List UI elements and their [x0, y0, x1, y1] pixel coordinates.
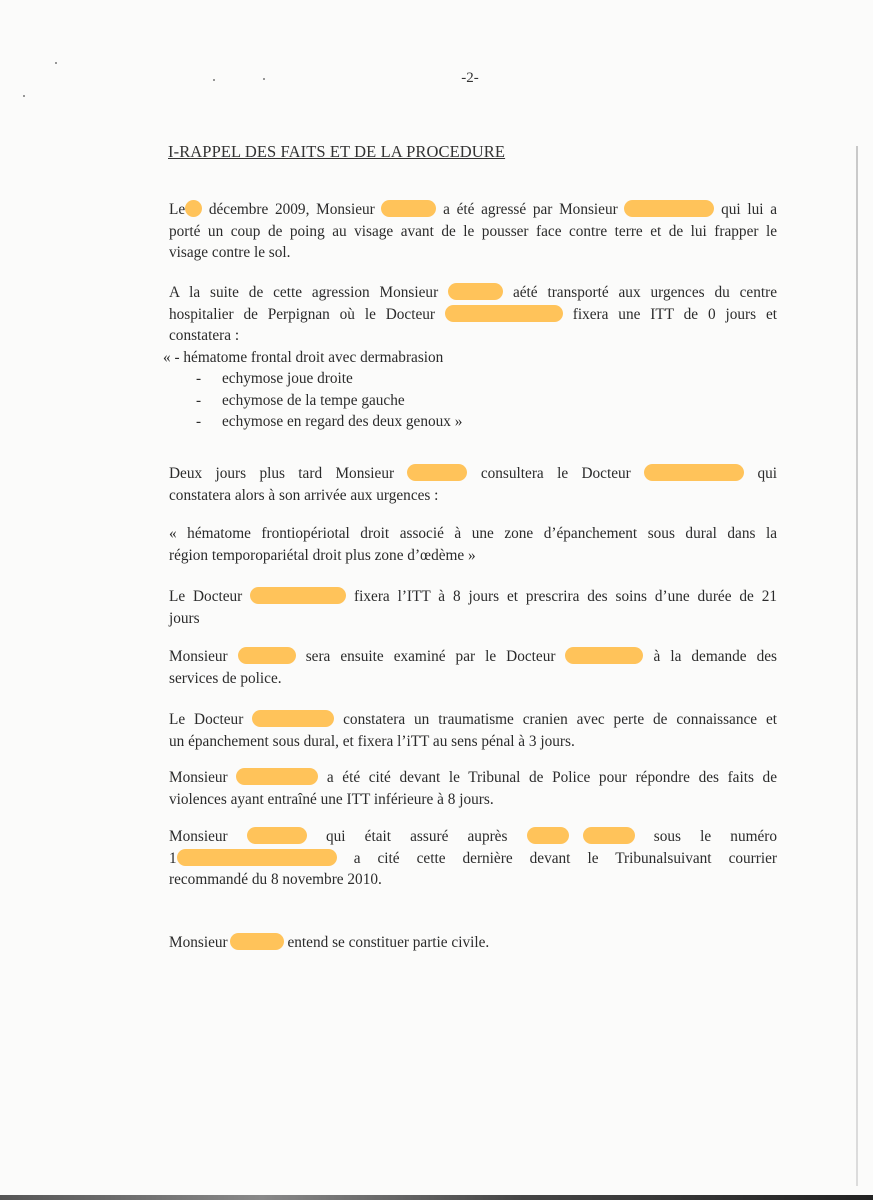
- page-edge-shadow: [856, 146, 858, 1186]
- text: fixera une ITT de 0 jours et: [573, 306, 777, 323]
- text: qui lui a: [721, 201, 777, 218]
- redaction-mark: [407, 464, 467, 481]
- text: région temporopariétal droit plus zone d…: [169, 545, 777, 567]
- text: « hématome frontiopériotal droit associé…: [169, 523, 777, 545]
- redaction-mark: [238, 647, 296, 664]
- paragraph-tribunal: Monsieur a été cité devant le Tribunal d…: [169, 767, 777, 810]
- redaction-mark: [583, 827, 635, 844]
- redaction-mark: [236, 768, 318, 785]
- text: constatera :: [169, 325, 777, 347]
- section-title: I-RAPPEL DES FAITS ET DE LA PROCEDURE: [168, 142, 505, 162]
- redaction-mark: [448, 283, 503, 300]
- scan-speck: [23, 95, 25, 97]
- paragraph-police-exam: Monsieur sera ensuite examiné par le Doc…: [169, 646, 777, 689]
- text: A la suite de cette agression Monsieur: [169, 284, 438, 301]
- text: qui était assuré auprès: [326, 828, 507, 845]
- text: qui: [757, 465, 777, 482]
- paragraph-trauma: Le Docteur constatera un traumatisme cra…: [169, 709, 777, 752]
- text: Deux jours plus tard Monsieur: [169, 465, 394, 482]
- redaction-mark: [252, 710, 334, 727]
- text: hospitalier de Perpignan où le Docteur: [169, 306, 435, 323]
- text: constatera alors à son arrivée aux urgen…: [169, 485, 777, 507]
- text: Monsieur: [169, 769, 228, 786]
- text: Le Docteur: [169, 711, 243, 728]
- text: constatera un traumatisme cranien avec p…: [343, 711, 777, 728]
- redaction-mark: [381, 200, 436, 217]
- text: violences ayant entraîné une ITT inférie…: [169, 789, 777, 811]
- redaction-mark: [185, 200, 202, 217]
- paragraph-civil-party: Monsieur entend se constituer partie civ…: [169, 932, 777, 954]
- text: sous le numéro: [654, 828, 777, 845]
- text: visage contre le sol.: [169, 242, 777, 264]
- text: aété transporté aux urgences du centre: [513, 284, 777, 301]
- redaction-mark: [177, 849, 337, 866]
- paragraph-insurance: Monsieur qui était assuré auprès sous le…: [169, 826, 777, 891]
- paragraph-consultation: Deux jours plus tard Monsieur consultera…: [169, 463, 777, 506]
- text: un épanchement sous dural, et fixera l’i…: [169, 731, 777, 753]
- redaction-mark: [624, 200, 714, 217]
- paragraph-hospital: A la suite de cette agression Monsieur a…: [169, 282, 777, 433]
- text: echymose en regard des deux genoux »: [197, 413, 462, 430]
- redaction-mark: [644, 464, 744, 481]
- text: décembre 2009, Monsieur: [209, 201, 375, 218]
- findings-list: -echymose joue droite -echymose de la te…: [169, 368, 777, 433]
- text: à la demande des: [654, 648, 778, 665]
- text: services de police.: [169, 668, 777, 690]
- text: a cité cette dernière devant le Tribunal…: [354, 850, 777, 867]
- text: sera ensuite examiné par le Docteur: [306, 648, 556, 665]
- text: Le Docteur: [169, 588, 242, 605]
- redaction-mark: [250, 587, 346, 604]
- text: Monsieur: [169, 648, 228, 665]
- text: « - hématome frontal droit avec dermabra…: [163, 347, 777, 369]
- text: echymose de la tempe gauche: [197, 392, 405, 409]
- redaction-mark: [527, 827, 569, 844]
- paragraph-itt-8-days: Le Docteur fixera l’ITT à 8 jours et pre…: [169, 586, 777, 629]
- text: a été agressé par Monsieur: [443, 201, 618, 218]
- text: fixera l’ITT à 8 jours et prescrira des …: [354, 588, 777, 605]
- text: consultera le Docteur: [481, 465, 631, 482]
- list-item: -echymose de la tempe gauche: [169, 390, 777, 412]
- text: Le: [169, 201, 185, 218]
- redaction-mark: [445, 305, 563, 322]
- text: recommandé du 8 novembre 2010.: [169, 869, 777, 891]
- redaction-mark: [230, 933, 284, 950]
- paragraph-diagnosis-quote: « hématome frontiopériotal droit associé…: [169, 523, 777, 566]
- page-number: -2-: [0, 70, 873, 87]
- text: echymose joue droite: [197, 370, 353, 387]
- scan-speck: [55, 62, 57, 64]
- paragraph-facts: Le décembre 2009, Monsieur a été agressé…: [169, 199, 777, 264]
- text: Monsieur: [169, 934, 228, 951]
- text: 1: [169, 850, 177, 867]
- redaction-mark: [565, 647, 643, 664]
- text: jours: [169, 608, 777, 630]
- text: Monsieur: [169, 828, 228, 845]
- list-item: -echymose en regard des deux genoux »: [169, 411, 777, 433]
- scanner-bottom-edge: [0, 1195, 873, 1200]
- text: a été cité devant le Tribunal de Police …: [327, 769, 777, 786]
- list-item: -echymose joue droite: [169, 368, 777, 390]
- text: porté un coup de poing au visage avant d…: [169, 221, 777, 243]
- text: entend se constituer partie civile.: [287, 934, 489, 951]
- redaction-mark: [247, 827, 307, 844]
